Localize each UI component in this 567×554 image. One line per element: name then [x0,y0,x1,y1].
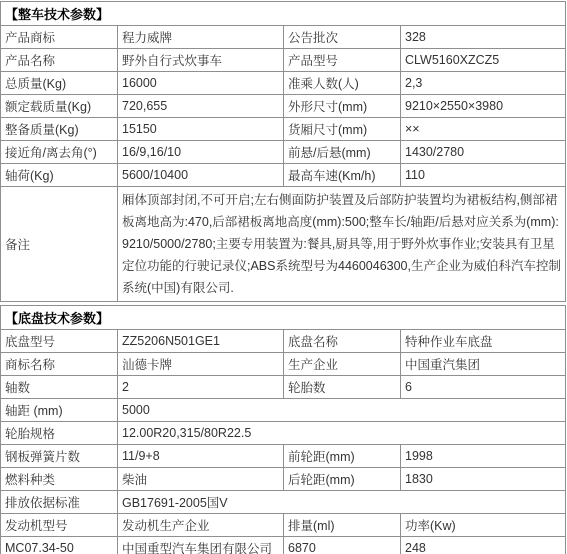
chassis-params-table: 【底盘技术参数】底盘型号ZZ5206N501GE1底盘名称特种作业车底盘商标名称… [0,305,566,554]
table-row: MC07.34-50中国重型汽车集团有限公司6870248 [1,537,566,554]
param-label: 发动机型号 [1,514,118,537]
param-label: 额定载质量(Kg) [1,95,118,118]
param-label: 轴数 [1,376,118,399]
section-title-row: 【整车技术参数】 [1,2,566,26]
param-label: 功率(Kw) [401,514,566,537]
param-value: 12.00R20,315/80R22.5 [118,422,566,445]
table-row: 商标名称汕德卡牌生产企业中国重汽集团 [1,353,566,376]
param-value: CLW5160XZCZ5 [401,49,566,72]
param-value: 16000 [118,72,284,95]
param-label: 轴距 (mm) [1,399,118,422]
vehicle-params-table: 【整车技术参数】产品商标程力威牌公告批次328产品名称野外自行式炊事车产品型号C… [0,1,566,302]
param-value: 特种作业车底盘 [401,330,566,353]
param-label: 底盘型号 [1,330,118,353]
param-value: GB17691-2005国V [118,491,566,514]
param-label: 发动机生产企业 [118,514,284,537]
table-row: 轮胎规格12.00R20,315/80R22.5 [1,422,566,445]
param-label: 总质量(Kg) [1,72,118,95]
param-label: 燃料种类 [1,468,118,491]
remarks-label: 备注 [1,187,118,302]
table-row: 钢板弹簧片数11/9+8前轮距(mm)1998 [1,445,566,468]
param-label: 货厢尺寸(mm) [284,118,401,141]
remarks-value: 厢体顶部封闭,不可开启;左右侧面防护装置及后部防护装置均为裙板结构,侧部裙板离地… [118,187,566,302]
param-label: 前轮距(mm) [284,445,401,468]
vehicle-params-body: 【整车技术参数】产品商标程力威牌公告批次328产品名称野外自行式炊事车产品型号C… [1,2,566,302]
chassis-params-body: 【底盘技术参数】底盘型号ZZ5206N501GE1底盘名称特种作业车底盘商标名称… [1,306,566,554]
param-label: 整备质量(Kg) [1,118,118,141]
param-value: 1830 [401,468,566,491]
table-row: 额定载质量(Kg)720,655外形尺寸(mm)9210×2550×3980 [1,95,566,118]
table-row: 轴距 (mm)5000 [1,399,566,422]
table-row: 总质量(Kg)16000准乘人数(人)2,3 [1,72,566,95]
table-row: 燃料种类柴油后轮距(mm)1830 [1,468,566,491]
param-label: 轮胎数 [284,376,401,399]
section-title-row: 【底盘技术参数】 [1,306,566,330]
section-title: 【底盘技术参数】 [1,306,566,330]
param-value: 1998 [401,445,566,468]
table-row: 发动机型号发动机生产企业排量(ml)功率(Kw) [1,514,566,537]
param-label: 准乘人数(人) [284,72,401,95]
param-value: 16/9,16/10 [118,141,284,164]
param-value: 中国重汽集团 [401,353,566,376]
param-value: 2 [118,376,284,399]
table-row: 轴数2轮胎数6 [1,376,566,399]
param-value: 5000 [118,399,566,422]
param-value: 110 [401,164,566,187]
param-value: 720,655 [118,95,284,118]
param-value: 野外自行式炊事车 [118,49,284,72]
param-value: 5600/10400 [118,164,284,187]
table-row: 整备质量(Kg)15150货厢尺寸(mm)×× [1,118,566,141]
param-label: 产品型号 [284,49,401,72]
param-label: 外形尺寸(mm) [284,95,401,118]
param-label: 商标名称 [1,353,118,376]
param-value: 328 [401,26,566,49]
param-value: 11/9+8 [118,445,284,468]
param-value: 柴油 [118,468,284,491]
table-row: 接近角/离去角(°)16/9,16/10前悬/后悬(mm)1430/2780 [1,141,566,164]
param-value: 汕德卡牌 [118,353,284,376]
param-label: 产品名称 [1,49,118,72]
table-row: 备注厢体顶部封闭,不可开启;左右侧面防护装置及后部防护装置均为裙板结构,侧部裙板… [1,187,566,302]
param-value: 中国重型汽车集团有限公司 [118,537,284,554]
param-value: ZZ5206N501GE1 [118,330,284,353]
param-label: 钢板弹簧片数 [1,445,118,468]
param-label: 排量(ml) [284,514,401,537]
table-row: 产品商标程力威牌公告批次328 [1,26,566,49]
param-value: 248 [401,537,566,554]
param-label: 后轮距(mm) [284,468,401,491]
vehicle-spec-sheet: 【整车技术参数】产品商标程力威牌公告批次328产品名称野外自行式炊事车产品型号C… [0,0,567,554]
param-value: 6870 [284,537,401,554]
table-row: 产品名称野外自行式炊事车产品型号CLW5160XZCZ5 [1,49,566,72]
param-label: 底盘名称 [284,330,401,353]
param-label: 公告批次 [284,26,401,49]
table-row: 排放依据标准GB17691-2005国V [1,491,566,514]
table-row: 底盘型号ZZ5206N501GE1底盘名称特种作业车底盘 [1,330,566,353]
param-value: 15150 [118,118,284,141]
param-value: MC07.34-50 [1,537,118,554]
table-row: 轴荷(Kg)5600/10400最高车速(Km/h)110 [1,164,566,187]
param-value: 2,3 [401,72,566,95]
param-value: 1430/2780 [401,141,566,164]
section-title: 【整车技术参数】 [1,2,566,26]
param-label: 轴荷(Kg) [1,164,118,187]
param-value: 程力威牌 [118,26,284,49]
param-label: 排放依据标准 [1,491,118,514]
param-label: 最高车速(Km/h) [284,164,401,187]
param-value: ×× [401,118,566,141]
param-value: 6 [401,376,566,399]
param-label: 轮胎规格 [1,422,118,445]
param-label: 接近角/离去角(°) [1,141,118,164]
param-label: 前悬/后悬(mm) [284,141,401,164]
param-label: 生产企业 [284,353,401,376]
param-value: 9210×2550×3980 [401,95,566,118]
param-label: 产品商标 [1,26,118,49]
